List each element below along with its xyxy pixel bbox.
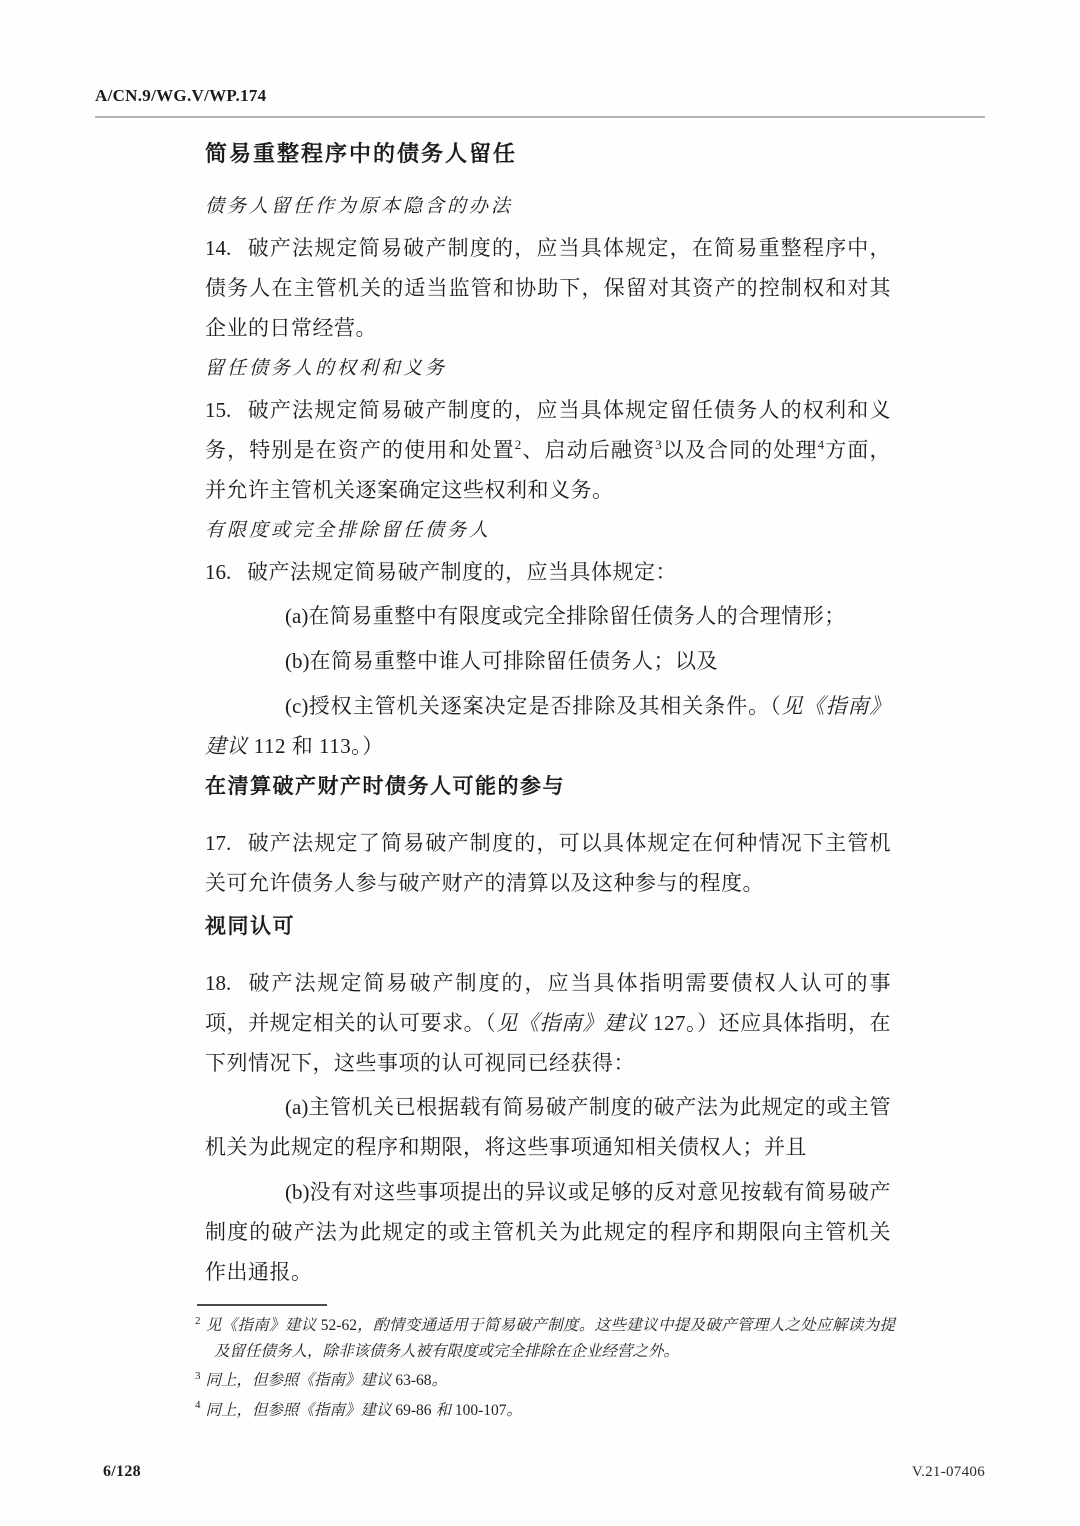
item-b-marker: (b) <box>245 641 310 681</box>
document-symbol: A/CN.9/WG.V/WP.174 <box>95 86 266 106</box>
subheading-displacement: 有限度或完全排除留任债务人 <box>205 518 891 544</box>
footnote-2-text: 见《指南》建议 52-62，酌情变通适用于简易破产制度。这些建议中提及破产管理人… <box>206 1317 895 1360</box>
paragraph-14-number: 14. <box>205 228 247 268</box>
item-18a-text: 主管机关已根据载有简易破产制度的破产法为此规定的或主管机关为此规定的程序和期限，… <box>205 1095 891 1159</box>
item-b-text: 在简易重整中谁人可排除留任债务人；以及 <box>310 649 719 673</box>
item-a-marker: (a) <box>245 596 308 636</box>
paragraph-18-number: 18. <box>205 963 247 1003</box>
paragraph-16-number: 16. <box>205 552 247 592</box>
item-18b-marker: (b) <box>245 1172 310 1212</box>
paragraph-16-item-c: (c)授权主管机关逐案决定是否排除及其相关条件。（见《指南》建议 112 和 1… <box>205 686 891 766</box>
footnote-4-marker: 4 <box>195 1399 201 1411</box>
footnote-3-marker: 3 <box>195 1370 201 1382</box>
paragraph-15-text: 破产法规定简易破产制度的，应当具体规定留任债务人的权利和义务，特别是在资产的使用… <box>205 398 891 502</box>
paragraph-16-text: 破产法规定简易破产制度的，应当具体规定： <box>247 560 677 584</box>
item-c-text: 授权主管机关逐案决定是否排除及其相关条件。（见《指南》建议 112 和 113。… <box>205 694 891 758</box>
section-heading-liquidation: 在清算破产财产时债务人可能的参与 <box>205 771 891 801</box>
footnote-2: 2见《指南》建议 52-62，酌情变通适用于简易破产制度。这些建议中提及破产管理… <box>195 1313 895 1364</box>
paragraph-18-item-b: (b)没有对这些事项提出的异议或足够的反对意见按载有简易破产制度的破产法为此规定… <box>205 1172 891 1292</box>
item-18a-marker: (a) <box>245 1087 308 1127</box>
subheading-implied-approach: 债务人留任作为原本隐含的办法 <box>205 194 891 220</box>
section-title: 简易重整程序中的债务人留任 <box>205 138 891 170</box>
section-heading-deemed-approval: 视同认可 <box>205 911 891 941</box>
paragraph-17-number: 17. <box>205 823 247 863</box>
paragraph-16: 16.破产法规定简易破产制度的，应当具体规定： <box>205 552 891 592</box>
paragraph-16-item-b: (b)在简易重整中谁人可排除留任债务人；以及 <box>205 641 891 681</box>
paragraph-14: 14.破产法规定简易破产制度的，应当具体规定，在简易重整程序中，债务人在主管机关… <box>205 228 891 348</box>
paragraph-15-number: 15. <box>205 390 247 430</box>
item-a-text: 在简易重整中有限度或完全排除留任债务人的合理情形； <box>308 604 846 628</box>
item-c-marker: (c) <box>245 686 308 726</box>
header-rule <box>95 116 985 118</box>
paragraph-16-item-a: (a)在简易重整中有限度或完全排除留任债务人的合理情形； <box>205 596 891 636</box>
paragraph-15: 15.破产法规定简易破产制度的，应当具体规定留任债务人的权利和义务，特别是在资产… <box>205 390 891 510</box>
document-page: A/CN.9/WG.V/WP.174 简易重整程序中的债务人留任 债务人留任作为… <box>0 0 1080 1526</box>
footnote-4: 4同上，但参照《指南》建议 69-86 和 100-107。 <box>195 1398 895 1424</box>
document-number: V.21-07406 <box>912 1464 985 1481</box>
footnote-3: 3同上，但参照《指南》建议 63-68。 <box>195 1368 895 1394</box>
subheading-rights-obligations: 留任债务人的权利和义务 <box>205 356 891 382</box>
footnotes-section: 2见《指南》建议 52-62，酌情变通适用于简易破产制度。这些建议中提及破产管理… <box>195 1304 895 1427</box>
paragraph-17: 17.破产法规定了简易破产制度的，可以具体规定在何种情况下主管机关可允许债务人参… <box>205 823 891 903</box>
footnote-separator <box>197 1304 327 1306</box>
paragraph-18: 18.破产法规定简易破产制度的，应当具体指明需要债权人认可的事项，并规定相关的认… <box>205 963 891 1083</box>
paragraph-14-text: 破产法规定简易破产制度的，应当具体规定，在简易重整程序中，债务人在主管机关的适当… <box>205 236 891 340</box>
paragraph-17-text: 破产法规定了简易破产制度的，可以具体规定在何种情况下主管机关可允许债务人参与破产… <box>205 831 891 895</box>
footnote-4-text: 同上，但参照《指南》建议 69-86 和 100-107。 <box>206 1402 523 1419</box>
page-number: 6/128 <box>103 1463 141 1481</box>
footnote-3-text: 同上，但参照《指南》建议 63-68。 <box>206 1372 448 1389</box>
paragraph-18-item-a: (a)主管机关已根据载有简易破产制度的破产法为此规定的或主管机关为此规定的程序和… <box>205 1087 891 1167</box>
document-body: 简易重整程序中的债务人留任 债务人留任作为原本隐含的办法 14.破产法规定简易破… <box>205 138 891 1297</box>
footnote-2-marker: 2 <box>195 1315 201 1327</box>
paragraph-18-text: 破产法规定简易破产制度的，应当具体指明需要债权人认可的事项，并规定相关的认可要求… <box>205 971 891 1075</box>
